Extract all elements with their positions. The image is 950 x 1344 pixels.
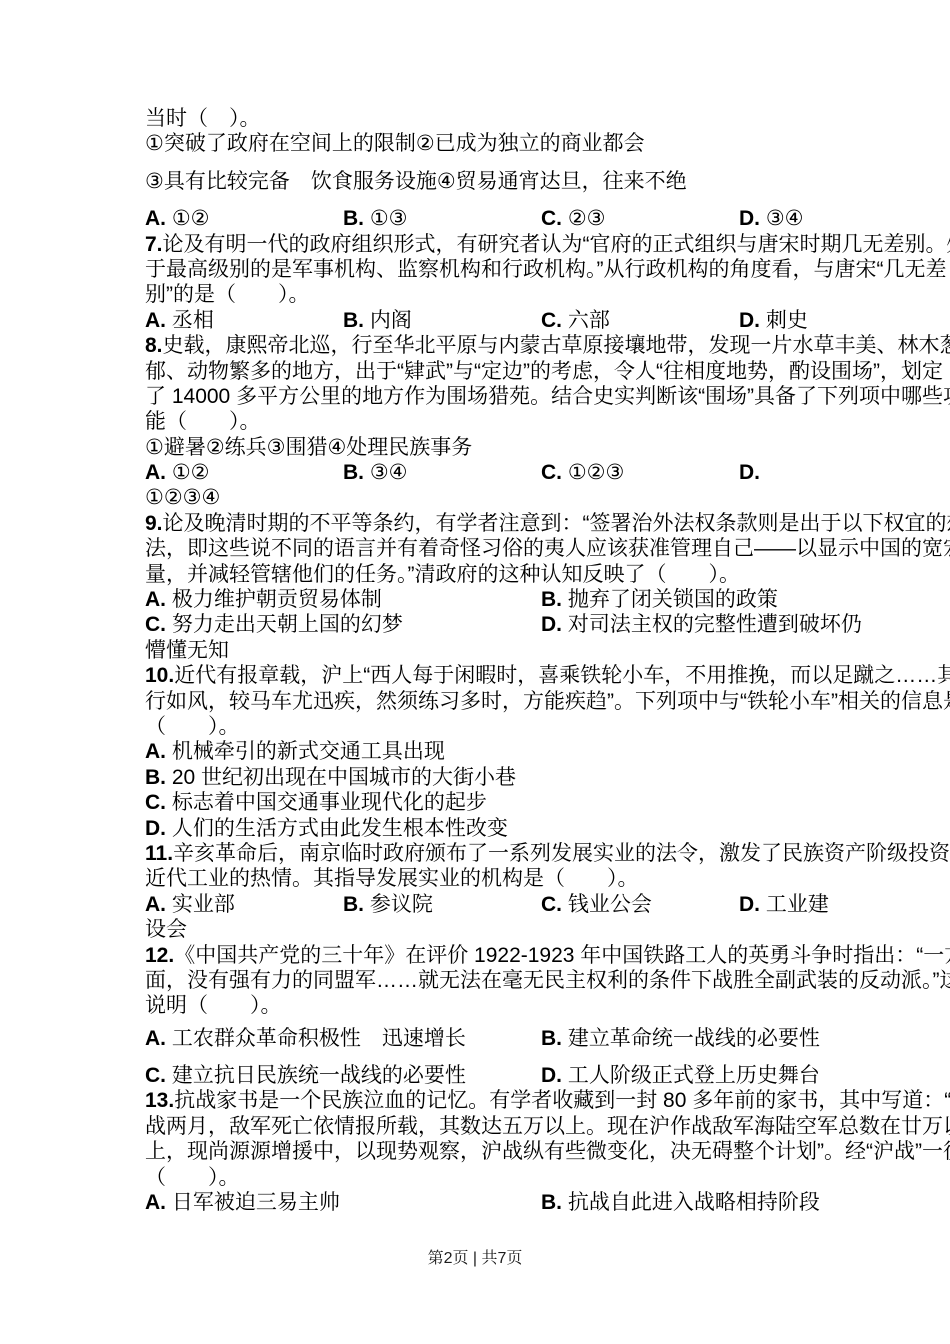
item-label: C. [541, 207, 562, 230]
text-line: 战两月，敌军死亡依情报所载，其数达五万以上。现在沪作战敌军海陆空军总数在廿万以 [145, 1114, 835, 1139]
document-page: 当时（ ）。①突破了政府在空间上的限制②已成为独立的商业都会③具有比较完备 饮食… [0, 0, 950, 1344]
text-line: 10.近代有报章载，沪上“西人每于闲暇时，喜乘铁轮小车，不用推挽，而以足蹴之……… [145, 663, 835, 688]
text-line: 近代工业的热情。其指导发展实业的机构是（ ）。 [145, 866, 835, 891]
options-row: C. 建立抗日民族统一战线的必要性D. 工人阶级正式登上历史舞台 [145, 1063, 835, 1088]
item-label: C. [541, 309, 562, 332]
option-cell: D. 工人阶级正式登上历史舞台 [541, 1063, 820, 1088]
item-label: 10. [145, 664, 174, 687]
item-label: A. [145, 740, 166, 763]
option-cell: C. ①②③ [541, 460, 739, 485]
option-cell: C. 钱业公会 [541, 892, 739, 917]
item-label: A. [145, 461, 166, 484]
item-label: A. [145, 207, 166, 230]
text-line: ①突破了政府在空间上的限制②已成为独立的商业都会 [145, 131, 835, 156]
item-label: B. [343, 893, 364, 916]
item-label: 8. [145, 334, 163, 357]
item-label: A. [145, 1027, 166, 1050]
option-cell: C. ②③ [541, 206, 739, 231]
item-label: 12. [145, 944, 174, 967]
text-line: （ ）。 [145, 714, 835, 739]
text-line: 懵懂无知 [145, 638, 835, 663]
text-line: D. 人们的生活方式由此发生根本性改变 [145, 816, 835, 841]
item-label: D. [739, 461, 760, 484]
document-content: 当时（ ）。①突破了政府在空间上的限制②已成为独立的商业都会③具有比较完备 饮食… [145, 106, 835, 1215]
item-label: 7. [145, 233, 163, 256]
options-row: A. ①②B. ③④C. ①②③D. [145, 460, 835, 485]
text-line: （ ）。 [145, 1165, 835, 1190]
text-line: 当时（ ）。 [145, 106, 835, 131]
item-label: A. [145, 893, 166, 916]
options-row: A. 实业部B. 参议院C. 钱业公会D. 工业建 [145, 892, 835, 917]
text-line: 设会 [145, 917, 835, 942]
option-cell: A. 工农群众革命积极性 迅速增长 [145, 1026, 541, 1051]
text-line: 郁、动物繁多的地方，出于“肄武”与“定边”的考虑，令人“往相度地势，酌设围场”，… [145, 359, 835, 384]
page-footer: 第2页 | 共7页 [0, 1245, 950, 1268]
option-cell: C. 建立抗日民族统一战线的必要性 [145, 1063, 541, 1088]
item-label: C. [541, 893, 562, 916]
option-cell: D. 对司法主权的完整性遭到破坏仍 [541, 612, 862, 637]
text-line: 9.论及晚清时期的不平等条约，有学者注意到：“签署治外法权条款则是出于以下权宜的… [145, 511, 835, 536]
option-cell: B. 建立革命统一战线的必要性 [541, 1026, 820, 1051]
options-row: A. 日军被迫三易主帅B. 抗战自此进入战略相持阶段 [145, 1190, 835, 1215]
item-label: B. [145, 766, 166, 789]
option-cell: B. 抗战自此进入战略相持阶段 [541, 1190, 820, 1215]
options-row: C. 努力走出天朝上国的幻梦D. 对司法主权的完整性遭到破坏仍 [145, 612, 835, 637]
text-line: 11.辛亥革命后，南京临时政府颁布了一系列发展实业的法令，激发了民族资产阶级投资 [145, 841, 835, 866]
text-line: 法，即这些说不同的语言并有着奇怪习俗的夷人应该获准管理自己——以显示中国的宽宏 [145, 536, 835, 561]
option-cell: D. [739, 460, 760, 485]
text-line: 上，现尚源源增援中，以现势观察，沪战纵有些微变化，决无碍整个计划”。经“沪战”一… [145, 1139, 835, 1164]
item-label: A. [145, 588, 166, 611]
options-row: A. 极力维护朝贡贸易体制B. 抛弃了闭关锁国的政策 [145, 587, 835, 612]
text-line: ①避暑②练兵③围猎④处理民族事务 [145, 435, 835, 460]
item-label: C. [145, 791, 166, 814]
text-line: 面，没有强有力的同盟军……就无法在毫无民主权利的条件下战胜全副武装的反动派。”这 [145, 968, 835, 993]
item-label: B. [541, 1027, 562, 1050]
option-cell: B. ③④ [343, 460, 541, 485]
options-row: A. ①②B. ①③C. ②③D. ③④ [145, 206, 835, 231]
item-label: B. [343, 461, 364, 484]
item-label: D. [739, 893, 760, 916]
text-line: 能（ ）。 [145, 409, 835, 434]
item-label: D. [145, 817, 166, 840]
text-line: 说明（ ）。 [145, 993, 835, 1018]
item-label: 13. [145, 1089, 174, 1112]
item-label: D. [739, 309, 760, 332]
option-cell: A. ①② [145, 460, 343, 485]
text-line: 行如风，较马车尤迅疾，然须练习多时，方能疾趋”。下列项中与“铁轮小车”相关的信息… [145, 689, 835, 714]
option-cell: A. 日军被迫三易主帅 [145, 1190, 541, 1215]
item-label: A. [145, 309, 166, 332]
text-line: ③具有比较完备 饮食服务设施④贸易通宵达旦，往来不绝 [145, 169, 835, 194]
option-cell: B. 参议院 [343, 892, 541, 917]
option-cell: D. ③④ [739, 206, 804, 231]
option-cell: B. 内阁 [343, 308, 541, 333]
text-line: 别”的是（ ）。 [145, 282, 835, 307]
option-cell: B. 抛弃了闭关锁国的政策 [541, 587, 778, 612]
text-line: 量，并减轻管辖他们的任务。”清政府的这种认知反映了（ ）。 [145, 562, 835, 587]
option-cell: C. 努力走出天朝上国的幻梦 [145, 612, 541, 637]
option-cell: D. 工业建 [739, 892, 829, 917]
item-label: C. [145, 613, 166, 636]
item-label: C. [145, 1064, 166, 1087]
item-label: B. [541, 588, 562, 611]
option-cell: D. 刺史 [739, 308, 808, 333]
text-line: 8.史载，康熙帝北巡，行至华北平原与内蒙古草原接壤地带，发现一片水草丰美、林木葱 [145, 333, 835, 358]
item-label: B. [541, 1191, 562, 1214]
item-label: D. [541, 613, 562, 636]
text-line: 12.《中国共产党的三十年》在评价 1922-1923 年中国铁路工人的英勇斗争… [145, 943, 835, 968]
item-label: A. [145, 1191, 166, 1214]
text-line: C. 标志着中国交通事业现代化的起步 [145, 790, 835, 815]
text-line: ①②③④ [145, 485, 835, 510]
item-label: B. [343, 207, 364, 230]
option-cell: A. 实业部 [145, 892, 343, 917]
item-label: D. [739, 207, 760, 230]
item-label: 9. [145, 512, 163, 535]
text-line: 13.抗战家书是一个民族泣血的记忆。有学者收藏到一封 80 多年前的家书，其中写… [145, 1088, 835, 1113]
option-cell: A. ①② [145, 206, 343, 231]
option-cell: B. ①③ [343, 206, 541, 231]
text-line: 7.论及有明一代的政府组织形式，有研究者认为“官府的正式组织与唐宋时期几无差别。… [145, 232, 835, 257]
option-cell: A. 丞相 [145, 308, 343, 333]
text-line: 于最高级别的是军事机构、监察机构和行政机构。”从行政机构的角度看，与唐宋“几无差 [145, 257, 835, 282]
option-cell: A. 极力维护朝贡贸易体制 [145, 587, 541, 612]
item-label: 11. [145, 842, 173, 865]
text-line: 了 14000 多平方公里的地方作为围场猎苑。结合史实判断该“围场”具备了下列项… [145, 384, 835, 409]
text-line: A. 机械牵引的新式交通工具出现 [145, 739, 835, 764]
text-line: B. 20 世纪初出现在中国城市的大街小巷 [145, 765, 835, 790]
options-row: A. 丞相B. 内阁C. 六部D. 刺史 [145, 308, 835, 333]
item-label: D. [541, 1064, 562, 1087]
page-number-indicator: 第2页 | 共7页 [428, 1250, 523, 1267]
option-cell: C. 六部 [541, 308, 739, 333]
options-row: A. 工农群众革命积极性 迅速增长B. 建立革命统一战线的必要性 [145, 1026, 835, 1051]
item-label: B. [343, 309, 364, 332]
item-label: C. [541, 461, 562, 484]
